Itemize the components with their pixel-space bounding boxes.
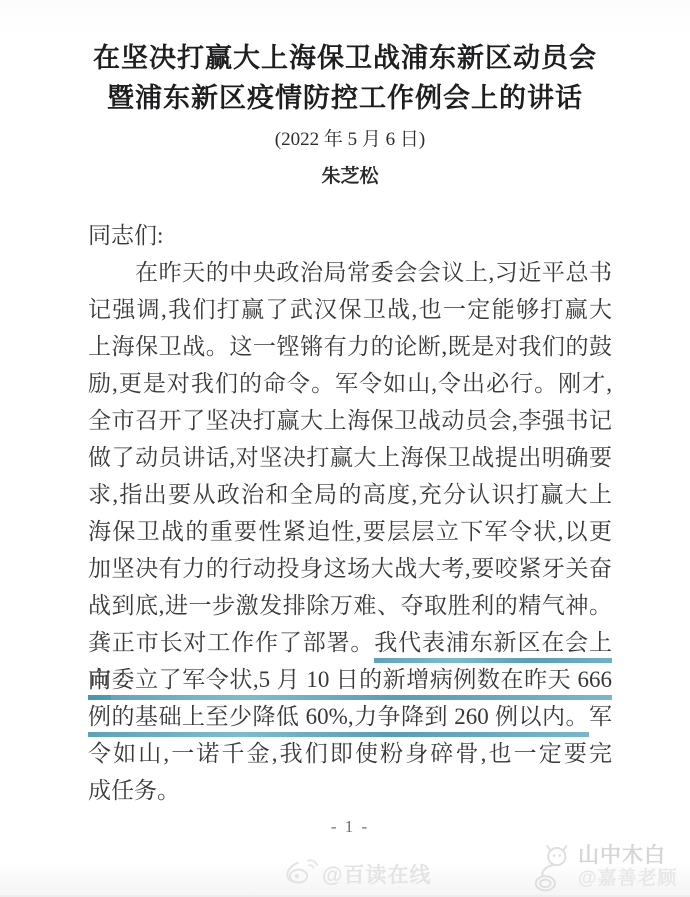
body-text: 龚正市长对工作作了部署。 xyxy=(88,630,374,655)
body-line: 加坚决有力的行动投身这场大战大考,要咬紧牙关奋 xyxy=(88,550,612,587)
body-text: 记强调,我们打赢了武汉保卫战,也一定能够打赢大 xyxy=(88,297,612,322)
body-text: 求,指出要从政治和全局的高度,充分认识打赢大上 xyxy=(88,482,612,507)
cat-doodle-icon xyxy=(532,844,574,897)
body-line: 战到底,进一步激发排除万难、夺取胜利的精气神。 xyxy=(88,587,612,624)
body-text: 励,更是对我们的命令。军令如山,令出必行。刚才, xyxy=(88,371,612,396)
document-title: 在坚决打赢大上海保卫战浦东新区动员会 暨浦东新区疫情防控工作例会上的讲话 xyxy=(66,38,624,118)
body-text: 海保卫战的重要性紧迫性,要层层立下军令状,以更 xyxy=(88,519,612,544)
watermark-left-text: @百读在线 xyxy=(322,859,431,889)
body-text: 军 xyxy=(589,704,612,729)
screenshot-viewport: 在坚决打赢大上海保卫战浦东新区动员会 暨浦东新区疫情防控工作例会上的讲话 (20… xyxy=(0,0,690,897)
body-text: 上海保卫战。这一铿锵有力的论断,既是对我们的鼓 xyxy=(88,334,612,359)
document-date: (2022 年 5 月 6 日) xyxy=(88,127,612,153)
title-line-2: 暨浦东新区疫情防控工作例会上的讲话 xyxy=(66,78,624,118)
body-line: 成任务。 xyxy=(88,772,612,809)
title-line-1: 在坚决打赢大上海保卫战浦东新区动员会 xyxy=(66,38,624,78)
body-line: 令如山,一诺千金,我们即使粉身碎骨,也一定要完 xyxy=(88,735,612,772)
body-text: 战到底,进一步激发排除万难、夺取胜利的精气神。 xyxy=(88,593,612,618)
underlined-text: 例的基础上至少降低 60%,力争降到 260 例以内。 xyxy=(88,704,589,737)
watermark-right-line1: 山中木白 xyxy=(578,844,678,868)
body-text: 成任务。 xyxy=(88,778,180,803)
watermark-right: 山中木白 @嘉善老顾 xyxy=(532,844,678,897)
body-text: 加坚决有力的行动投身这场大战大考,要咬紧牙关奋 xyxy=(88,556,612,581)
body-text: 做了动员讲话,对坚决打赢大上海保卫战提出明确要 xyxy=(88,445,612,470)
body-line: 记强调,我们打赢了武汉保卫战,也一定能够打赢大 xyxy=(88,291,612,328)
body-line: 龚正市长对工作作了部署。我代表浦东新区在会上向 xyxy=(88,624,612,661)
body-text: 令如山,一诺千金,我们即使粉身碎骨,也一定要完 xyxy=(88,741,612,766)
underlined-text: 市委立了军令状,5 月 10 日的新增病例数在昨天 666 xyxy=(88,667,612,700)
weibo-logo-icon xyxy=(284,856,320,891)
document-page: 在坚决打赢大上海保卫战浦东新区动员会 暨浦东新区疫情防控工作例会上的讲话 (20… xyxy=(0,0,690,897)
body-line: 同志们: xyxy=(88,217,612,254)
document-body: 同志们:在昨天的中央政治局常委会会议上,习近平总书记强调,我们打赢了武汉保卫战,… xyxy=(88,217,612,809)
body-line: 全市召开了坚决打赢大上海保卫战动员会,李强书记 xyxy=(88,402,612,439)
body-text: 在昨天的中央政治局常委会会议上,习近平总书 xyxy=(135,260,612,285)
body-line: 上海保卫战。这一铿锵有力的论断,既是对我们的鼓 xyxy=(88,328,612,365)
body-line: 市委立了军令状,5 月 10 日的新增病例数在昨天 666 xyxy=(88,661,612,698)
body-line: 在昨天的中央政治局常委会会议上,习近平总书 xyxy=(88,254,612,291)
watermark-left: @百读在线 xyxy=(284,856,431,891)
body-line: 励,更是对我们的命令。军令如山,令出必行。刚才, xyxy=(88,365,612,402)
document-author: 朱芝松 xyxy=(88,164,612,190)
body-line: 例的基础上至少降低 60%,力争降到 260 例以内。军 xyxy=(88,698,612,735)
watermark-right-line2: @嘉善老顾 xyxy=(578,868,678,890)
body-line: 求,指出要从政治和全局的高度,充分认识打赢大上 xyxy=(88,476,612,513)
body-line: 海保卫战的重要性紧迫性,要层层立下军令状,以更 xyxy=(88,513,612,550)
body-text: 全市召开了坚决打赢大上海保卫战动员会,李强书记 xyxy=(88,408,612,433)
body-text: 同志们: xyxy=(88,223,163,248)
page-number: - 1 - xyxy=(88,817,612,837)
body-line: 做了动员讲话,对坚决打赢大上海保卫战提出明确要 xyxy=(88,439,612,476)
